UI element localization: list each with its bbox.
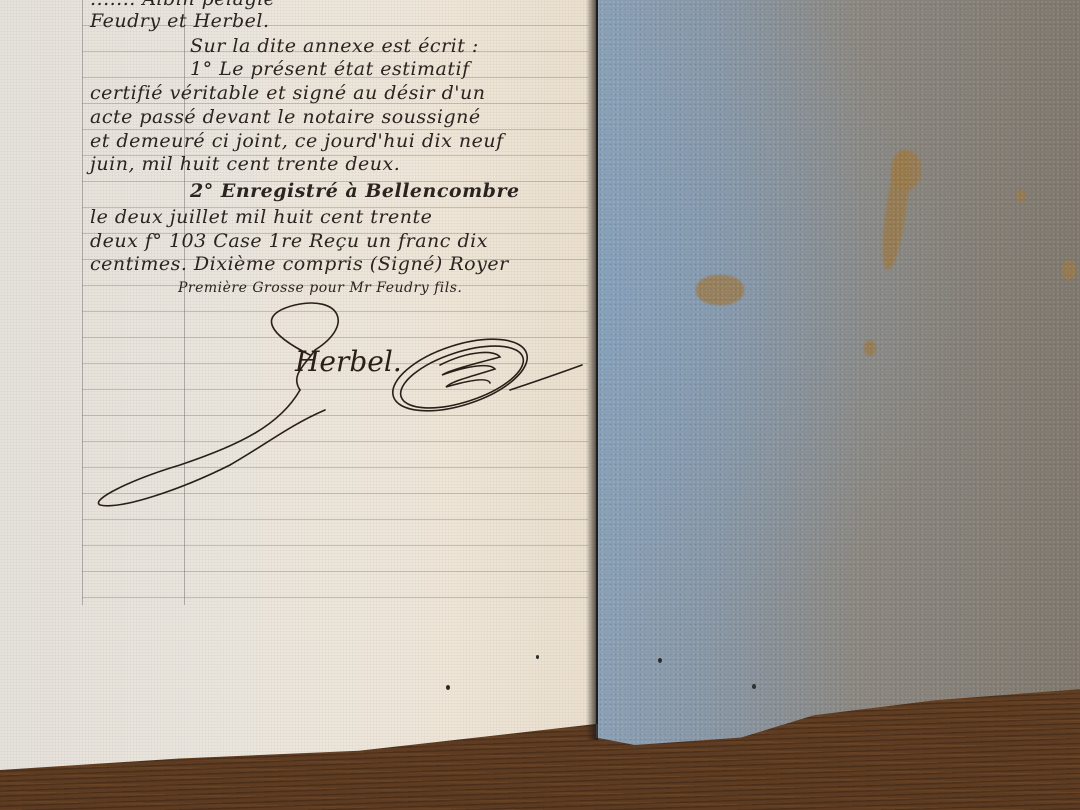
text-line: 1° Le présent état estimatif: [190, 58, 470, 80]
text-line: juin, mil huit cent trente deux.: [90, 153, 400, 175]
signature-flourish-icon: [90, 295, 590, 515]
text-line: centimes. Dixième compris (Signé) Royer: [90, 253, 509, 275]
pin-hole: [536, 655, 539, 659]
text-line: et demeuré ci joint, ce jourd'hui dix ne…: [90, 130, 504, 152]
pin-hole: [446, 685, 450, 690]
stain-mark: [891, 150, 921, 190]
text-line: 2° Enregistré à Bellencombre: [190, 180, 520, 202]
column-rule: [184, 0, 185, 605]
pin-hole: [752, 684, 756, 689]
signature-name: Herbel.: [295, 345, 402, 378]
text-line: deux f° 103 Case 1re Reçu un franc dix: [90, 230, 488, 252]
text-line: le deux juillet mil huit cent trente: [90, 206, 432, 228]
page-edge-shadow: [586, 0, 598, 740]
stain-mark: [1062, 260, 1076, 280]
stain-mark: [864, 340, 876, 356]
manuscript-page: ....... Albin pelagie Feudry et Herbel. …: [0, 0, 598, 770]
stain-mark: [696, 275, 744, 305]
pin-hole: [658, 658, 662, 663]
notary-signature: Herbel.: [90, 295, 590, 515]
text-line: acte passé devant le notaire soussigné: [90, 106, 481, 128]
text-line: certifié véritable et signé au désir d'u…: [90, 82, 485, 104]
stain-mark: [1016, 190, 1026, 202]
text-line: Sur la dite annexe est écrit :: [190, 35, 479, 57]
text-line: Feudry et Herbel.: [90, 10, 269, 32]
left-margin-rule: [82, 0, 83, 605]
stain-mark: [878, 149, 915, 271]
text-line: ....... Albin pelagie: [90, 0, 275, 10]
ruled-lines: [82, 0, 588, 605]
text-line: Première Grosse pour Mr Feudry fils.: [178, 280, 462, 296]
folder-cover: [596, 0, 1080, 745]
